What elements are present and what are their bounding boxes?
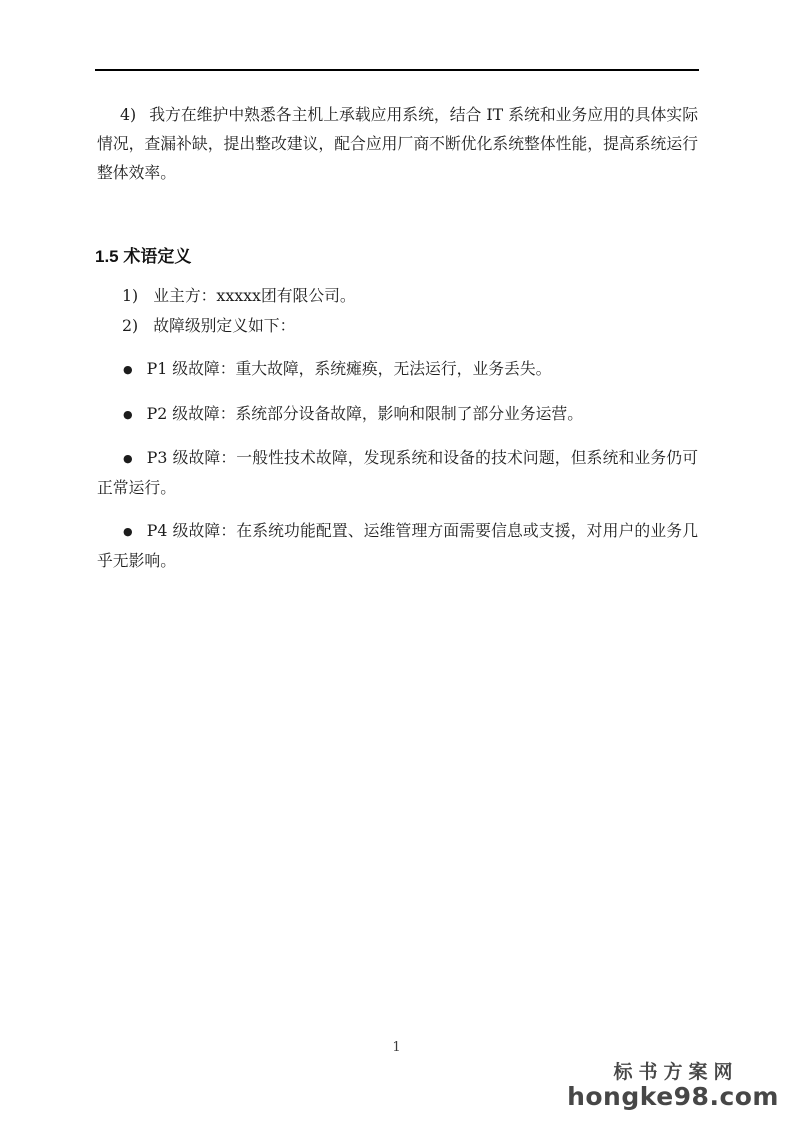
numbered-list: 1)业主方：xxxxx团有限公司。 2)故障级别定义如下： [97,281,698,341]
bullet-item-text: P4 级故障：在系统功能配置、运维管理方面需要信息或支援，对用户的业务几乎无影响… [97,521,698,570]
watermark: 标书方案网 hongke98.com [567,1063,779,1109]
watermark-site-name: 标书方案网 [567,1063,785,1082]
list-item-text: 故障级别定义如下： [153,316,295,335]
document-page: 4)我方在维护中熟悉各主机上承载应用系统，结合 IT 系统和业务应用的具体实际情… [0,0,793,1122]
list-item-number: 2) [122,316,138,335]
watermark-domain: hongke98.com [567,1084,779,1109]
header-rule [95,69,699,71]
bullet-item-p4: ●P4 级故障：在系统功能配置、运维管理方面需要信息或支援，对用户的业务几乎无影… [97,517,698,575]
list-item-text: 业主方：xxxxx团有限公司。 [153,286,356,305]
section-heading: 1.5 术语定义 [95,245,698,269]
paragraph-4: 4)我方在维护中熟悉各主机上承载应用系统，结合 IT 系统和业务应用的具体实际情… [97,100,698,187]
page-number: 1 [0,1040,793,1055]
bullet-icon: ● [123,363,133,376]
bullet-icon: ● [123,525,133,538]
bullet-item-p1: ●P1 级故障：重大故障，系统瘫痪，无法运行，业务丢失。 [97,355,698,385]
bullet-icon: ● [123,408,133,421]
bullet-item-p3: ●P3 级故障：一般性技术故障，发现系统和设备的技术问题，但系统和业务仍可正常运… [97,444,698,502]
document-content: 4)我方在维护中熟悉各主机上承载应用系统，结合 IT 系统和业务应用的具体实际情… [97,100,698,575]
paragraph-4-text: 我方在维护中熟悉各主机上承载应用系统，结合 IT 系统和业务应用的具体实际情况，… [97,105,698,182]
bullet-item-text: P3 级故障：一般性技术故障，发现系统和设备的技术问题，但系统和业务仍可正常运行… [97,448,698,497]
bullet-list: ●P1 级故障：重大故障，系统瘫痪，无法运行，业务丢失。 ●P2 级故障：系统部… [97,355,698,575]
list-item: 1)业主方：xxxxx团有限公司。 [97,281,698,311]
bullet-icon: ● [123,452,133,465]
list-item-number: 1) [122,286,138,305]
list-item: 2)故障级别定义如下： [97,311,698,341]
paragraph-4-number: 4) [120,105,136,124]
bullet-item-text: P1 级故障：重大故障，系统瘫痪，无法运行，业务丢失。 [147,359,552,378]
bullet-item-text: P2 级故障：系统部分设备故障，影响和限制了部分业务运营。 [147,404,583,423]
bullet-item-p2: ●P2 级故障：系统部分设备故障，影响和限制了部分业务运营。 [97,400,698,430]
